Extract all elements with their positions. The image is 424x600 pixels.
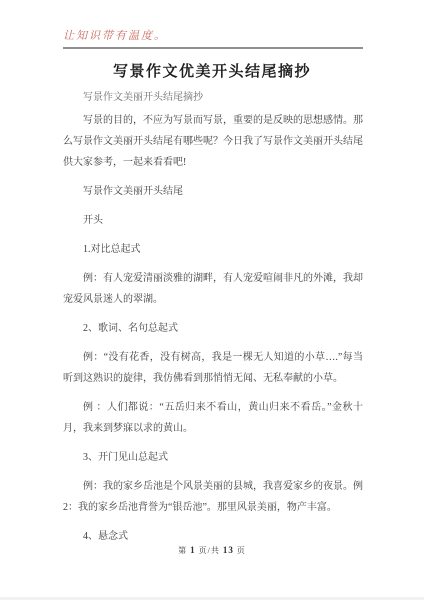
paragraph: 写景的目的，不应为写景而写景，重要的是反映的思想感情。那么写景作文美丽开头结尾有… [63,110,363,173]
page-title: 写景作文优美开头结尾摘抄 [0,60,424,81]
footer-page-label-1: 第 [178,546,187,555]
footer-page-current: 1 [190,545,196,555]
paragraph: 写景作文美丽开头结尾 [63,181,363,202]
paragraph: 3、开门见山总起式 [63,447,363,468]
paragraph: 开头 [63,210,363,231]
footer-page-total: 13 [223,545,234,555]
paragraph: 例：“没有花香，没有树高，我是一棵无人知道的小草….”每当听到这熟识的旋律，我仿… [63,347,363,389]
paragraph: 1.对比总起式 [63,239,363,260]
paragraph: 例：我的家乡岳池是个风景美丽的县城，我喜爱家乡的夜景。例 2：我的家乡岳池背誉为… [63,476,363,518]
header-motto: 让知识带有温度。 [63,27,167,43]
paragraph: 4、悬念式 [63,526,363,547]
document-page: 让知识带有温度。 写景作文优美开头结尾摘抄 写景作文美丽开头结尾摘抄写景的目的，… [0,0,424,600]
paragraph: 2、歌词、名句总起式 [63,318,363,339]
paragraph: 例 ：人们都说：“五岳归来不看山，黄山归来不看岳。”金秋十月，我来到梦寐以求的黄… [63,397,363,439]
page-footer: 第 1 页/共 13 页 [0,545,424,556]
paragraph: 写景作文美丽开头结尾摘抄 [63,87,363,108]
page-header: 让知识带有温度。 [63,26,363,49]
paragraph-list: 写景作文美丽开头结尾摘抄写景的目的，不应为写景而写景，重要的是反映的思想感情。那… [63,87,363,555]
footer-page-label-2: 页/共 [199,546,220,555]
footer-page-label-3: 页 [237,546,246,555]
paragraph: 例：有人宠爱清丽淡雅的湖畔，有人宠爱喧闹非凡的外滩，我却宠爱风景迷人的翠湖。 [63,268,363,310]
